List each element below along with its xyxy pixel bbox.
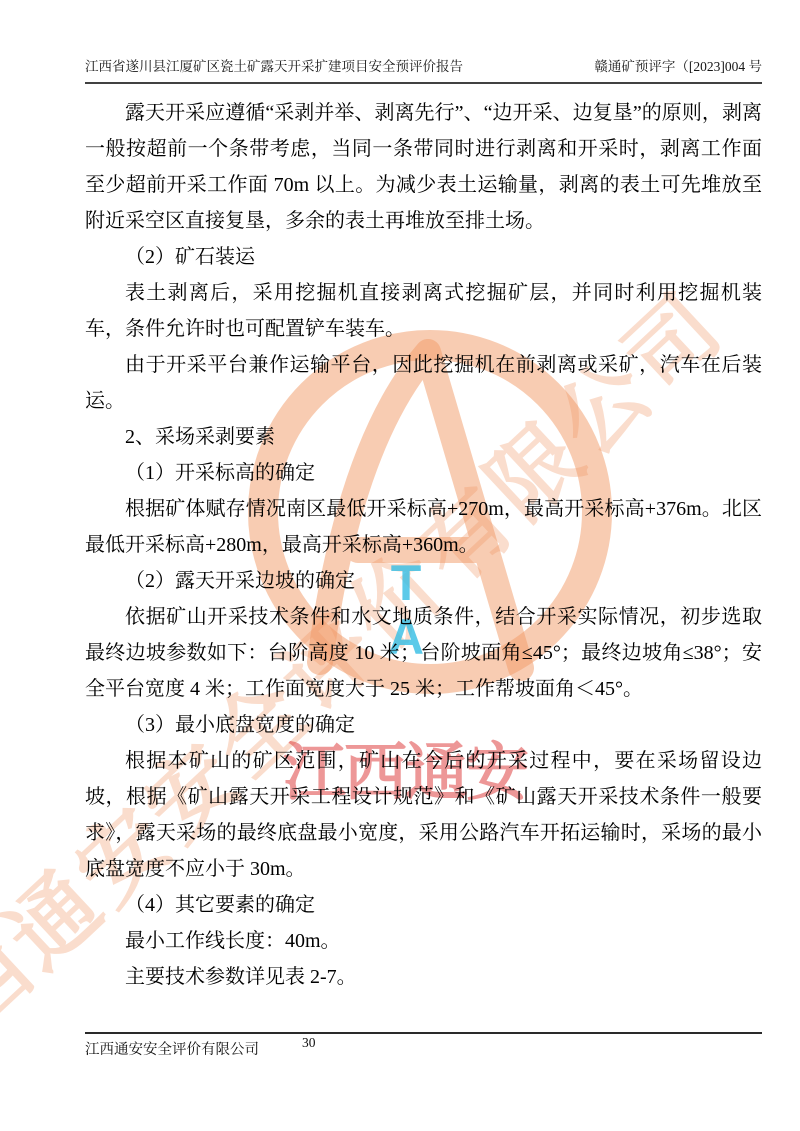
- body-subheading: （4）其它要素的确定: [85, 887, 762, 923]
- body-paragraph: 根据本矿山的矿区范围，矿山在今后的开采过程中，要在采场留设边坡，根据《矿山露天开…: [85, 743, 762, 887]
- body-paragraph: 主要技术参数详见表 2-7。: [85, 959, 762, 995]
- page-number: 30: [302, 1035, 316, 1051]
- body-subheading: （2）露天开采边坡的确定: [85, 563, 762, 599]
- header-report-title: 江西省遂川县江厦矿区瓷土矿露天开采扩建项目安全预评价报告: [85, 55, 463, 75]
- footer-divider: [85, 1032, 762, 1034]
- document-body: 露天开采应遵循“采剥并举、剥离先行”、“边开采、边复垦”的原则，剥离一般按超前一…: [85, 95, 762, 995]
- header-doc-number: 赣通矿预评字（[2023]004 号: [594, 55, 762, 75]
- footer-company-name: 江西通安安全评价有限公司: [85, 1038, 259, 1059]
- body-subheading: （3）最小底盘宽度的确定: [85, 707, 762, 743]
- body-paragraph: 由于开采平台兼作运输平台，因此挖掘机在前剥离或采矿，汽车在后装运。: [85, 347, 762, 419]
- body-paragraph: 露天开采应遵循“采剥并举、剥离先行”、“边开采、边复垦”的原则，剥离一般按超前一…: [85, 95, 762, 239]
- body-paragraph: 依据矿山开采技术条件和水文地质条件，结合开采实际情况，初步选取最终边坡参数如下：…: [85, 599, 762, 707]
- body-subheading: （1）开采标高的确定: [85, 455, 762, 491]
- body-subheading: 2、采场采剥要素: [85, 419, 762, 455]
- body-paragraph: 表土剥离后，采用挖掘机直接剥离式挖掘矿层，并同时利用挖掘机装车，条件允许时也可配…: [85, 275, 762, 347]
- page-header: 江西省遂川县江厦矿区瓷土矿露天开采扩建项目安全预评价报告 赣通矿预评字（[202…: [85, 55, 762, 84]
- body-subheading: （2）矿石装运: [85, 239, 762, 275]
- report-page: 江西通安安全评价有限公司 T A 江西通安 江西省遂川县江厦矿区瓷土矿露天开采扩…: [0, 0, 800, 1131]
- body-paragraph: 根据矿体赋存情况南区最低开采标高+270m，最高开采标高+376m。北区最低开采…: [85, 491, 762, 563]
- body-paragraph: 最小工作线长度：40m。: [85, 923, 762, 959]
